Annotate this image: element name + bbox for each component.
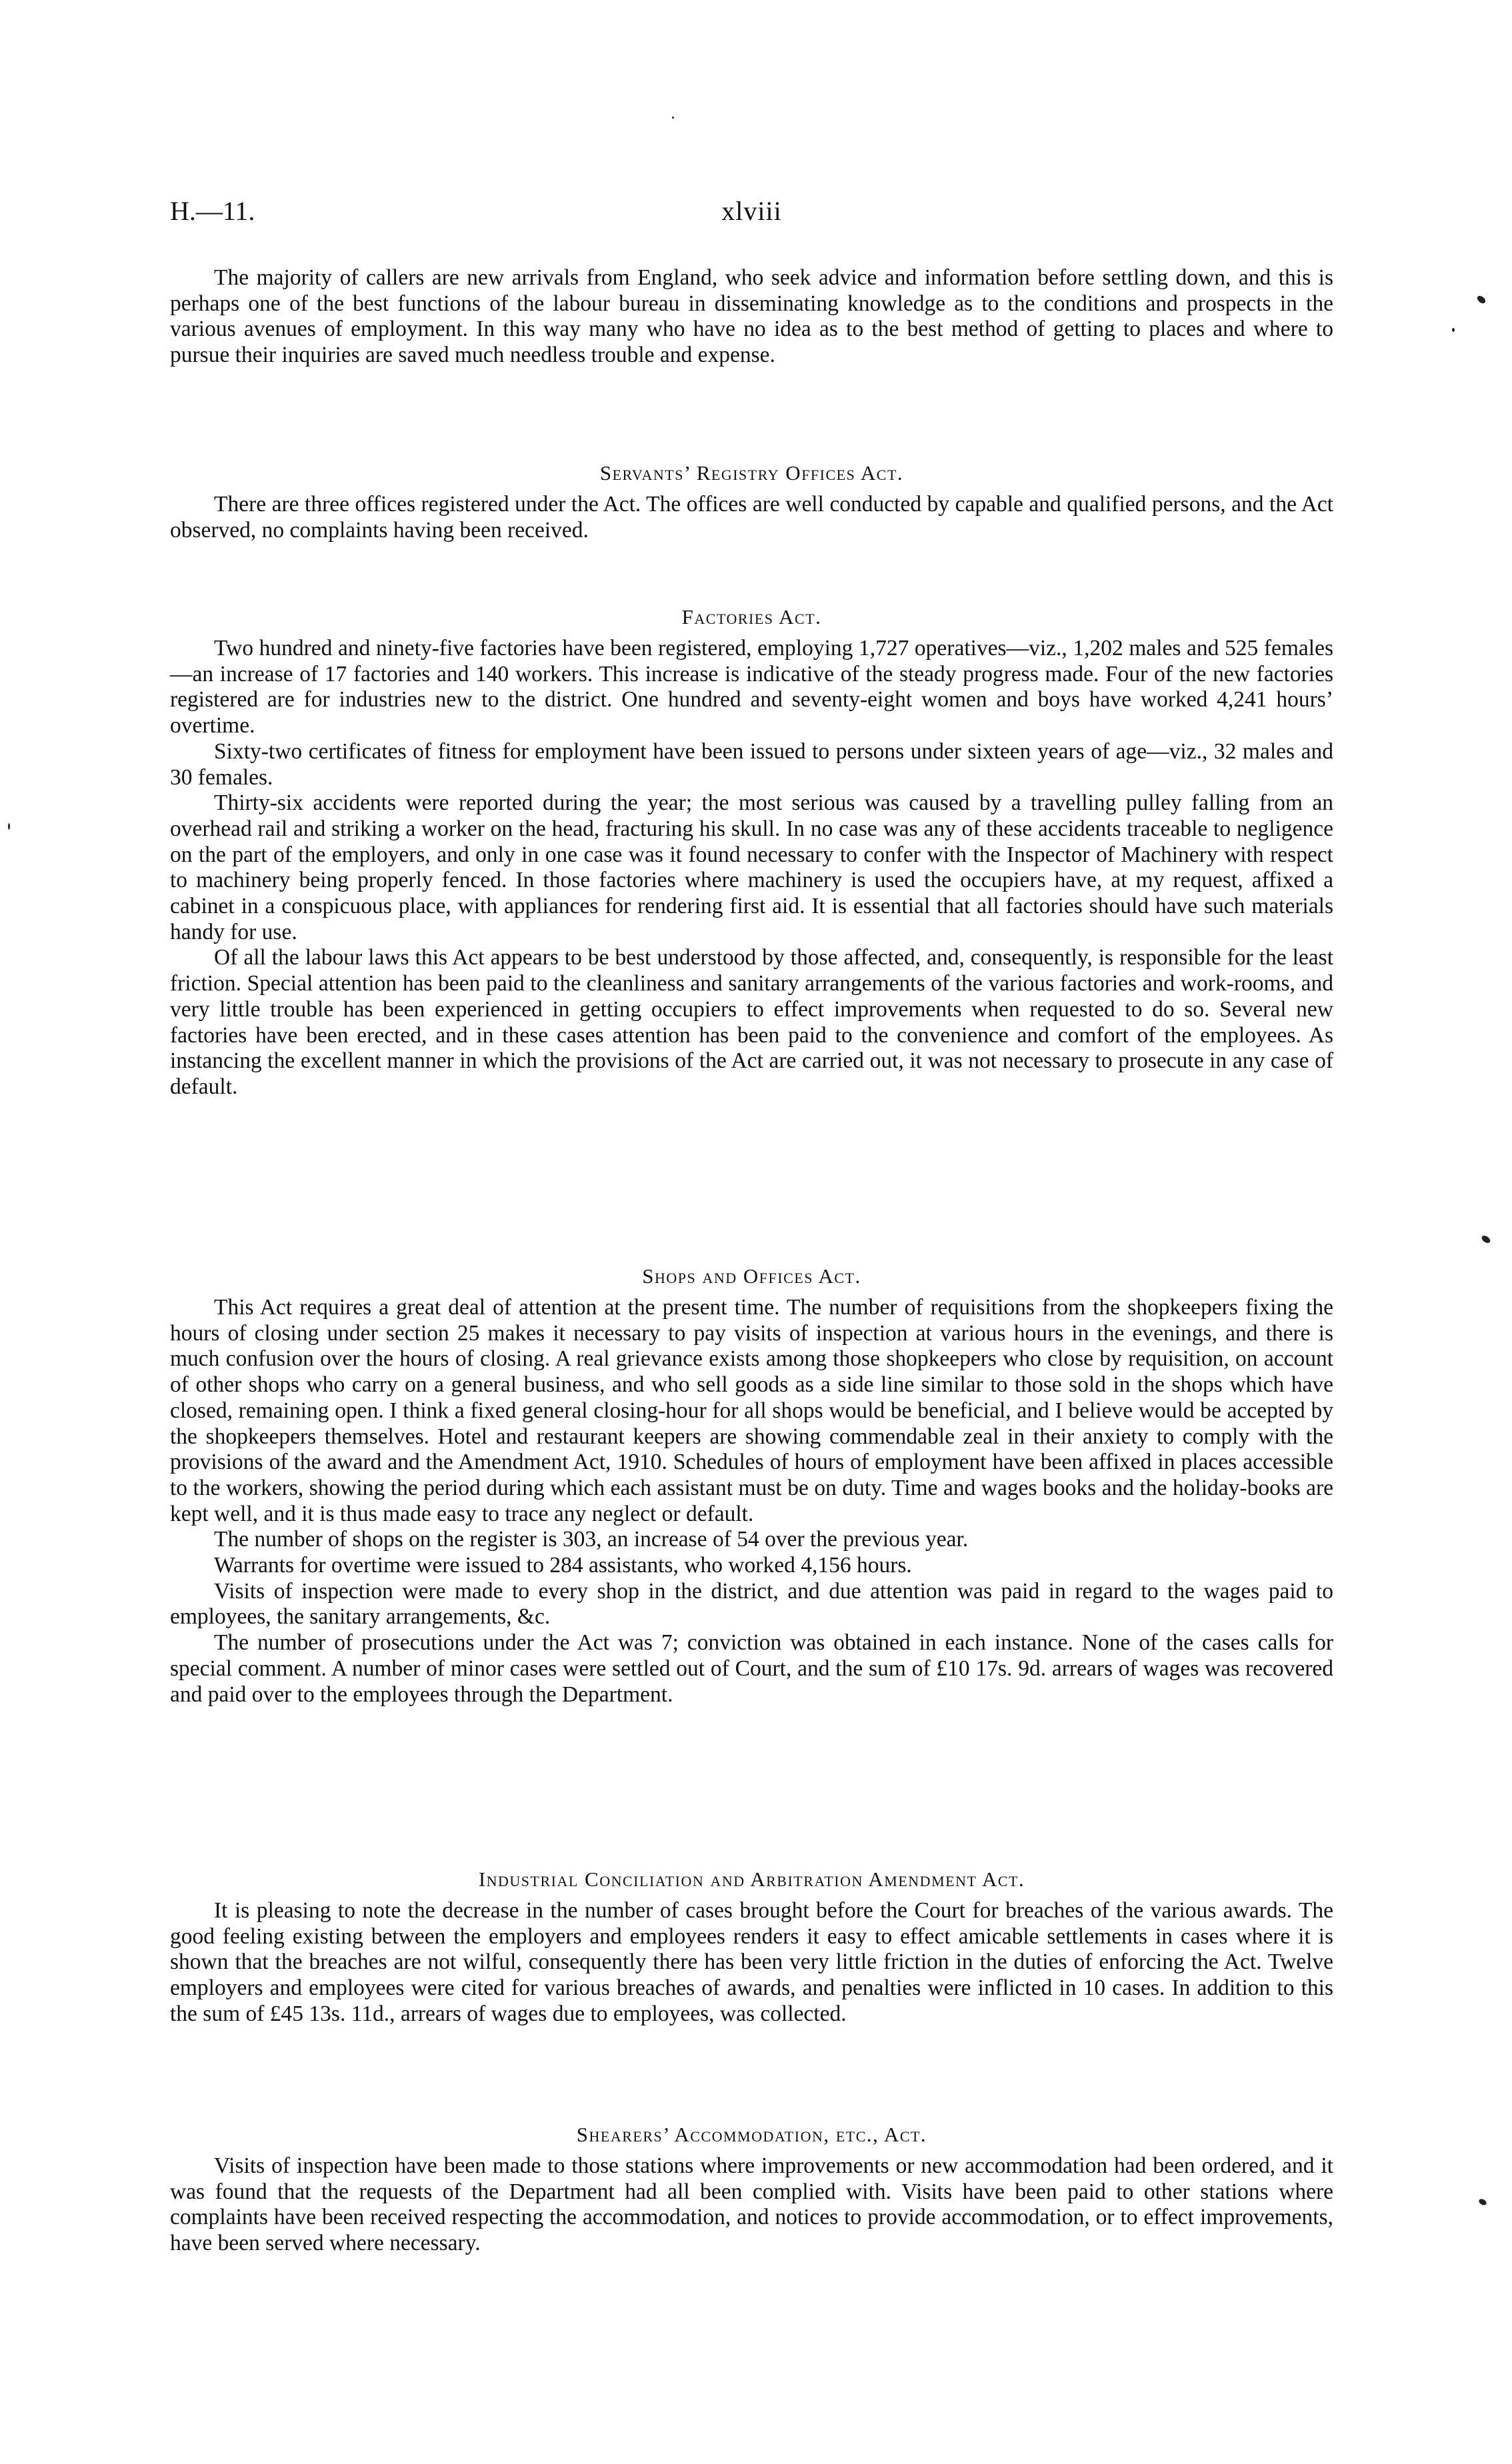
section-heading: Shearers’ Accommodation, etc., Act. bbox=[170, 2121, 1333, 2148]
paragraph: Sixty-two certificates of fitness for em… bbox=[170, 739, 1333, 790]
paragraph: The number of prosecutions under the Act… bbox=[170, 1630, 1333, 1708]
section-factories: Factories Act. Two hundred and ninety-fi… bbox=[170, 604, 1333, 1100]
intro-section: The majority of callers are new arrivals… bbox=[170, 265, 1333, 369]
scan-speck bbox=[672, 117, 674, 119]
paragraph: The number of shops on the register is 3… bbox=[170, 1527, 1333, 1553]
section-heading: Servants’ Registry Offices Act. bbox=[170, 460, 1333, 487]
paragraph: Warrants for overtime were issued to 284… bbox=[170, 1553, 1333, 1579]
paragraph: Two hundred and ninety-five factories ha… bbox=[170, 636, 1333, 739]
paragraph: Of all the labour laws this Act appears … bbox=[170, 945, 1333, 1100]
section-shops-offices: Shops and Offices Act. This Act requires… bbox=[170, 1263, 1333, 1708]
paragraph: Visits of inspection were made to every … bbox=[170, 1579, 1333, 1630]
running-head: H.—11. xlviii bbox=[170, 195, 1333, 228]
paragraph: There are three offices registered under… bbox=[170, 492, 1333, 543]
paragraph: Visits of inspection have been made to t… bbox=[170, 2153, 1333, 2257]
paragraph: It is pleasing to note the decrease in t… bbox=[170, 1898, 1333, 2027]
section-heading: Industrial Conciliation and Arbitration … bbox=[170, 1866, 1333, 1893]
scan-speck bbox=[8, 823, 10, 830]
scan-speck bbox=[1481, 1234, 1492, 1244]
section-heading: Factories Act. bbox=[170, 604, 1333, 630]
section-heading: Shops and Offices Act. bbox=[170, 1263, 1333, 1290]
scan-speck bbox=[1478, 2198, 1487, 2207]
scan-speck bbox=[1452, 328, 1455, 332]
section-servants-registry: Servants’ Registry Offices Act. There ar… bbox=[170, 460, 1333, 543]
paragraph: This Act requires a great deal of attent… bbox=[170, 1295, 1333, 1527]
paragraph: Thirty-six accidents were reported durin… bbox=[170, 790, 1333, 945]
scan-speck bbox=[1476, 295, 1487, 305]
page-number: xlviii bbox=[170, 195, 1333, 228]
paragraph: The majority of callers are new arrivals… bbox=[170, 265, 1333, 369]
section-industrial-conciliation: Industrial Conciliation and Arbitration … bbox=[170, 1866, 1333, 2027]
section-shearers-accommodation: Shearers’ Accommodation, etc., Act. Visi… bbox=[170, 2121, 1333, 2257]
